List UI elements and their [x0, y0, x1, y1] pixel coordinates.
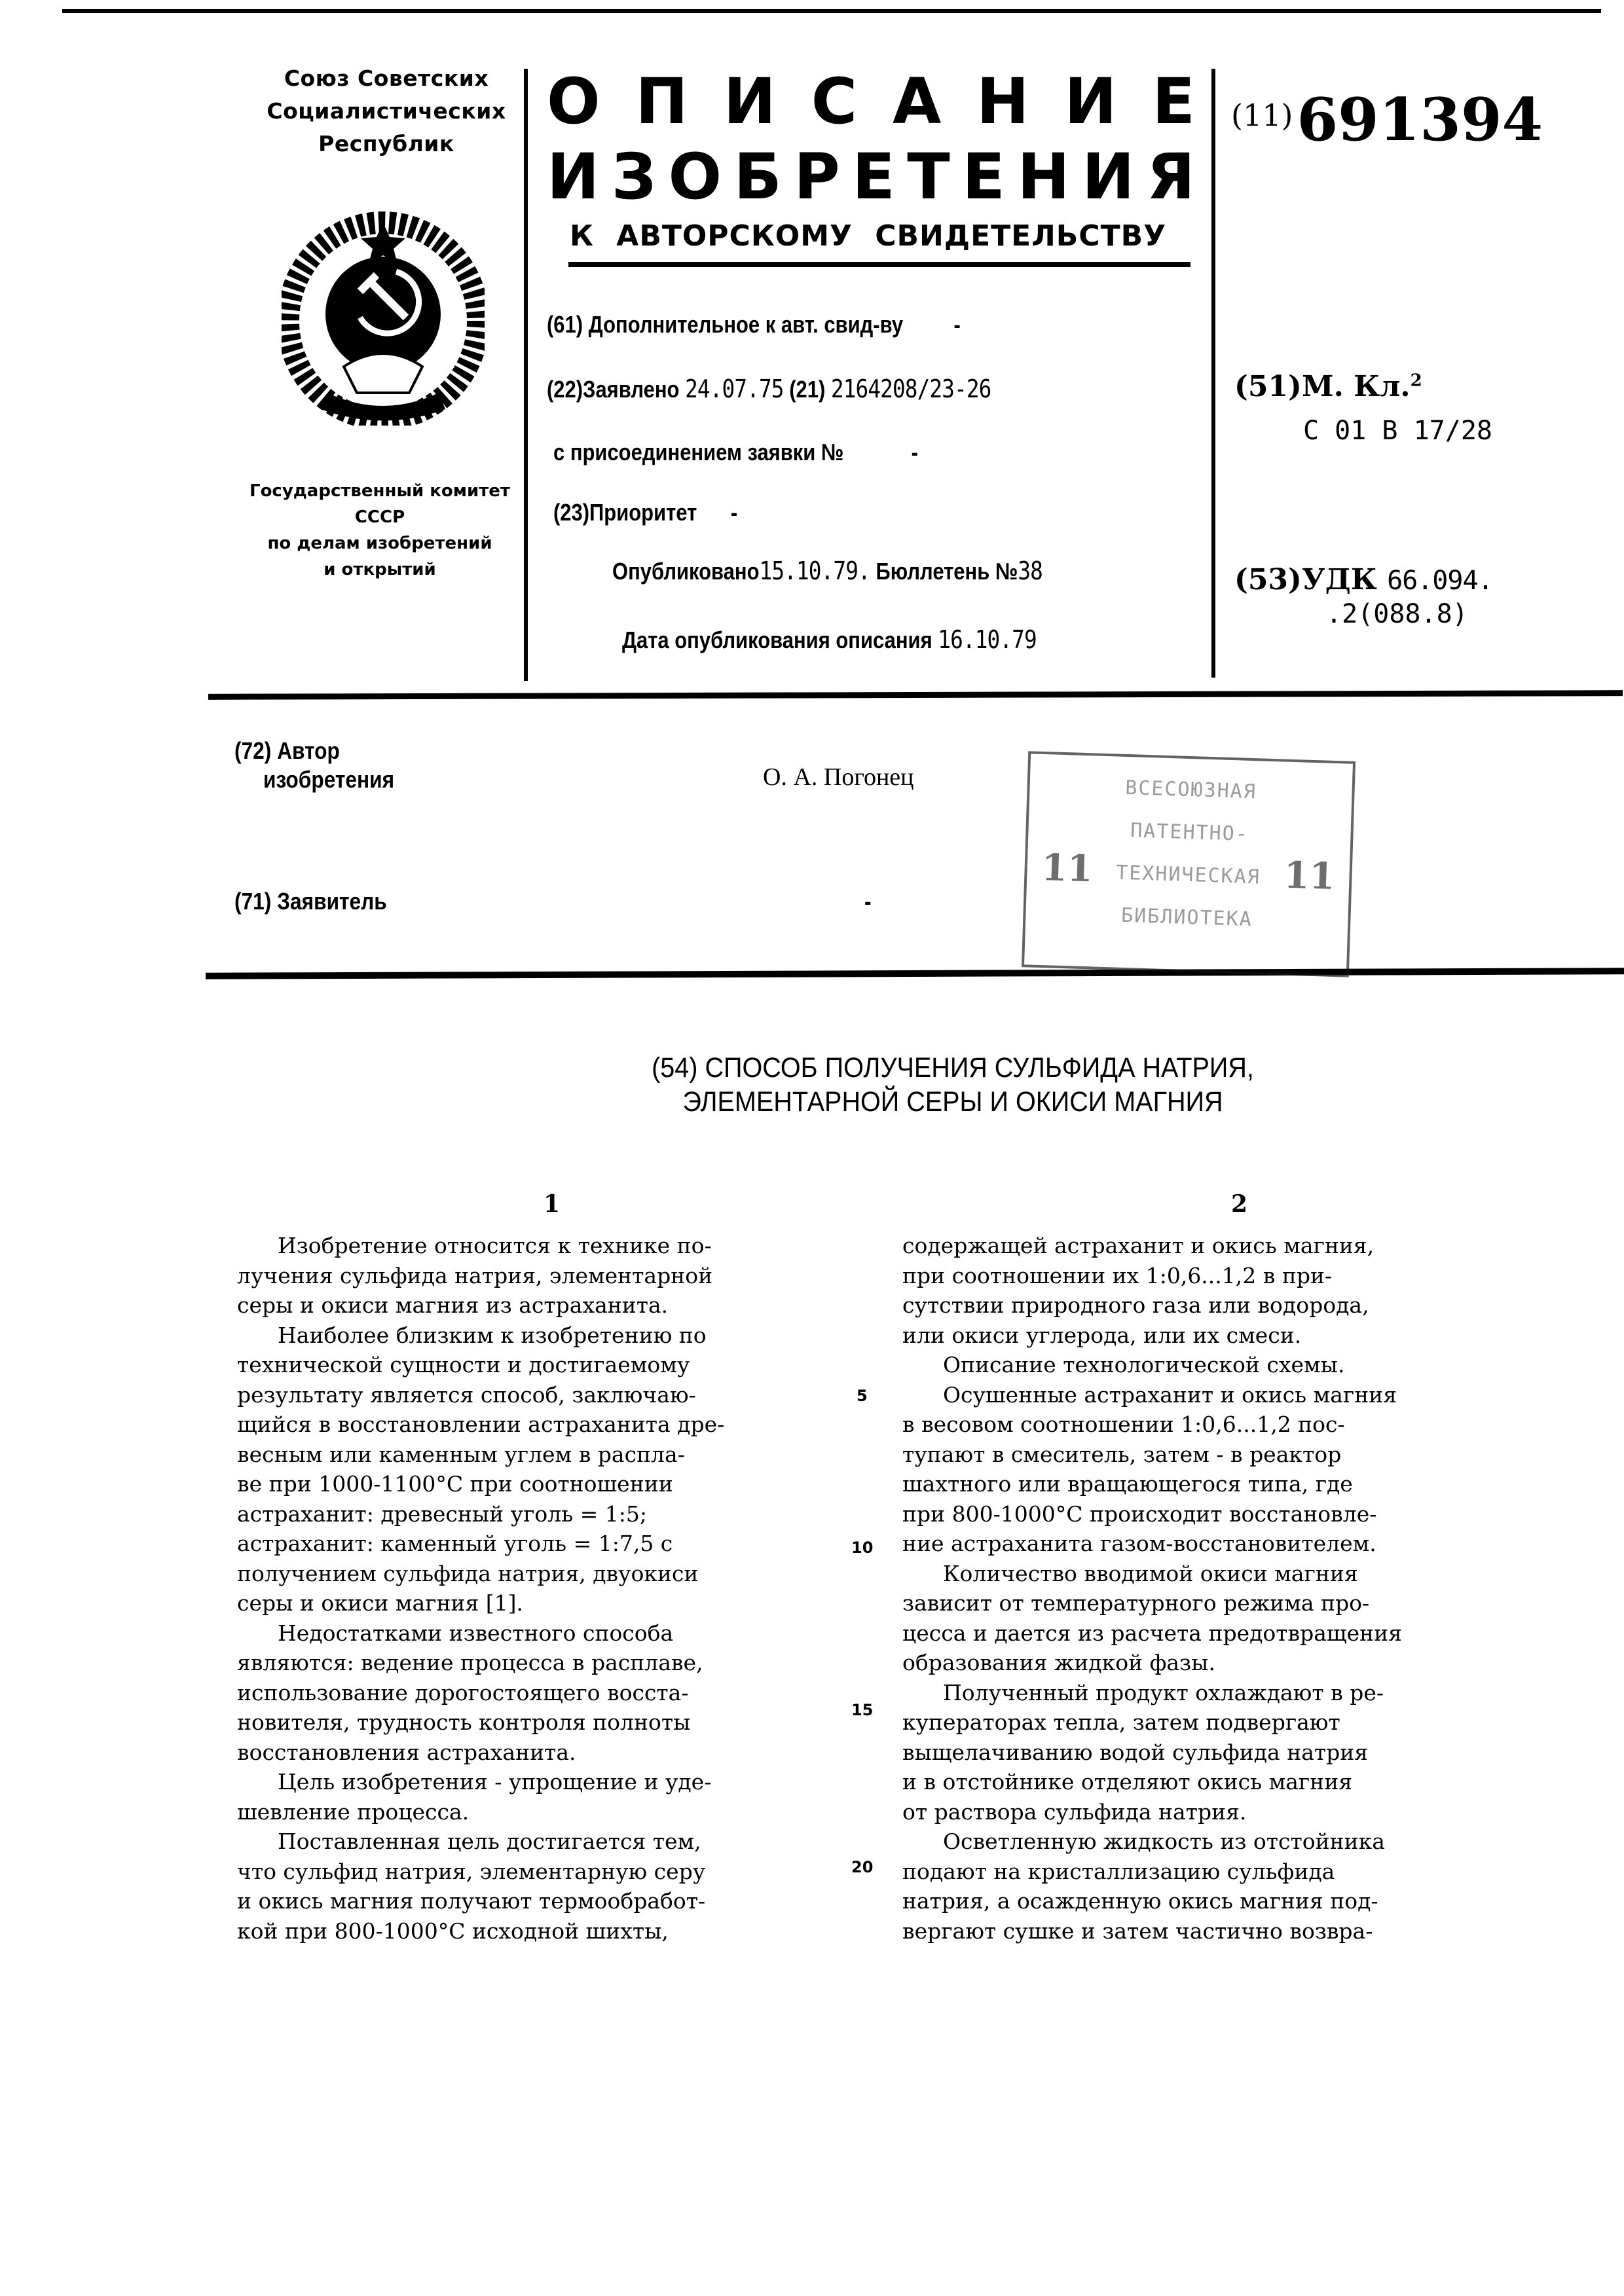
body-line: вергают сушке и затем частично возвра- — [902, 1916, 1531, 1946]
field-72-label: (72) Автор изобретения — [234, 737, 394, 794]
body-line: использование дорогостоящего восста- — [237, 1678, 859, 1708]
committee-line: Государственный комитет — [242, 478, 517, 504]
published-value: 15.10.79. — [760, 556, 870, 585]
field-21-value: 2164208/23-26 — [831, 374, 991, 403]
body-line: Поставленная цель достигается тем, — [237, 1827, 859, 1857]
issuer-line: Республик — [236, 128, 537, 160]
ussr-coat-of-arms-icon — [282, 210, 485, 426]
bulletin-value: 38 — [1018, 556, 1043, 585]
body-line: натрия, а осажденную окись магния под- — [902, 1886, 1531, 1916]
body-line: серы и окиси магния [1]. — [237, 1588, 859, 1618]
body-line: являются: ведение процесса в расплаве, — [237, 1648, 859, 1678]
body-line: от раствора сульфида натрия. — [902, 1797, 1531, 1827]
title-letter: О — [669, 144, 722, 210]
body-line: новителя, трудность контроля полноты — [237, 1707, 859, 1738]
doc-title-line1: ОПИСАНИЕ — [547, 69, 1195, 134]
body-line: астраханит: каменный уголь = 1:7,5 с — [237, 1529, 859, 1559]
body-line: в весовом соотношении 1:0,6...1,2 пос- — [902, 1410, 1531, 1440]
body-line: получением сульфида натрия, двуокиси — [237, 1559, 859, 1589]
field-72-label-line2: изобретения — [234, 765, 394, 794]
line-number: 10 — [851, 1539, 873, 1557]
body-line: или окиси углерода, или их смеси. — [902, 1321, 1531, 1351]
body-line: что сульфид натрия, элементарную серу — [237, 1857, 859, 1887]
doc-title-line2: ИЗОБРЕТЕНИЯ — [547, 144, 1195, 210]
field-23-label: (23)Приоритет — [553, 499, 697, 526]
stamp-mark-left: 11 — [1041, 846, 1094, 890]
body-line: ние астраханита газом-восстановителем. — [902, 1529, 1531, 1559]
patent-number: (11)691394 — [1231, 85, 1543, 155]
column-number-1: 1 — [544, 1190, 560, 1218]
invention-title: (54) СПОСОБ ПОЛУЧЕНИЯ СУЛЬФИДА НАТРИЯ, Э… — [576, 1051, 1329, 1119]
line-number: 15 — [851, 1701, 873, 1719]
field-22-label: (22)Заявлено — [547, 376, 679, 403]
committee-name: Государственный комитет СССР по делам из… — [242, 478, 517, 583]
udc-value-2: .2(088.8) — [1326, 599, 1468, 629]
body-line: цесса и дается из расчета предотвращения — [902, 1618, 1531, 1649]
description-date-value: 16.10.79 — [938, 625, 1037, 654]
line-number: 5 — [857, 1387, 868, 1405]
field-53-label: (53)УДК — [1234, 563, 1377, 596]
title-letter: О — [547, 69, 600, 134]
masthead-divider-right — [1211, 69, 1215, 678]
body-column-1: Изобретение относится к технике по-лучен… — [237, 1231, 859, 1946]
body-line: ве при 1000-1100°С при соотношении — [237, 1469, 859, 1499]
field-attachment: с присоединением заявки №- — [553, 439, 918, 466]
body-line: зависит от температурного режима про- — [902, 1588, 1531, 1618]
body-line: Недостатками известного способа — [237, 1618, 859, 1649]
body-line: астраханит: древесный уголь = 1:5; — [237, 1499, 859, 1529]
title-letter: И — [1082, 144, 1134, 210]
stamp-line: ВСЕСОЮЗНАЯ — [1029, 773, 1352, 806]
body-line: образования жидкой фазы. — [902, 1648, 1531, 1678]
body-line: шевление процесса. — [237, 1797, 859, 1827]
stamp-line: ПАТЕНТНО- — [1028, 816, 1351, 848]
field-61-value: - — [953, 311, 960, 338]
body-line: Полученный продукт охлаждают в ре- — [902, 1678, 1531, 1708]
title-letter: И — [724, 69, 776, 134]
title-letter: Е — [1152, 69, 1195, 134]
title-letter: Я — [1147, 144, 1195, 210]
field-21-label: (21) — [789, 376, 825, 403]
author-name: О. А. Погонец — [763, 763, 914, 792]
field-61-label: (61) Дополнительное к авт. свид-ву — [547, 311, 903, 338]
field-attachment-label: с присоединением заявки № — [553, 439, 843, 465]
title-letter: А — [893, 69, 941, 134]
description-date-label: Дата опубликования описания — [622, 627, 932, 653]
invention-title-line1: (54) СПОСОБ ПОЛУЧЕНИЯ СУЛЬФИДА НАТРИЯ, — [576, 1051, 1329, 1085]
body-line: технической сущности и достигаемому — [237, 1350, 859, 1380]
title-letter: С — [811, 69, 857, 134]
body-line: лучения сульфида натрия, элементарной — [237, 1261, 859, 1291]
bulletin-label: Бюллетень № — [876, 558, 1018, 585]
field-71-value: - — [864, 887, 872, 916]
field-23: (23)Приоритет- — [553, 499, 737, 526]
udc-value-1: 66.094. — [1387, 566, 1493, 596]
body-line: результату является способ, заключаю- — [237, 1380, 859, 1410]
body-line: серы и окиси магния из астраханита. — [237, 1290, 859, 1321]
body-line: Осушенные астраханит и окись магния — [902, 1380, 1531, 1410]
published-label: Опубликовано — [612, 558, 760, 585]
field-51-edition: 2 — [1411, 371, 1422, 390]
stamp-line: БИБЛИОТЕКА — [1025, 901, 1348, 934]
line-number: 20 — [851, 1858, 873, 1876]
body-line: и в отстойнике отделяют окись магния — [902, 1767, 1531, 1797]
body-line: и окись магния получают термообработ- — [237, 1886, 859, 1916]
body-line: сутствии природного газа или водорода, — [902, 1290, 1531, 1321]
field-22-value: 24.07.75 — [685, 374, 784, 403]
body-column-2: содержащей астраханит и окись магния,при… — [902, 1231, 1531, 1946]
body-line: Цель изобретения - упрощение и уде- — [237, 1767, 859, 1797]
body-line: при соотношении их 1:0,6...1,2 в при- — [902, 1261, 1531, 1291]
body-line: весным или каменным углем в распла- — [237, 1440, 859, 1470]
body-line: Описание технологической схемы. — [902, 1350, 1531, 1380]
body-line: кой при 800-1000°С исходной шихты, — [237, 1916, 859, 1946]
title-letter: П — [635, 69, 688, 134]
body-line: выщелачиванию водой сульфида натрия — [902, 1738, 1531, 1768]
committee-line: по делам изобретений — [242, 530, 517, 556]
body-line: щийся в восстановлении астраханита дре- — [237, 1410, 859, 1440]
body-line: Количество вводимой окиси магния — [902, 1559, 1531, 1589]
title-letter: Р — [794, 144, 840, 210]
library-stamp: ВСЕСОЮЗНАЯ ПАТЕНТНО- ТЕХНИЧЕСКАЯ БИБЛИОТ… — [1022, 751, 1356, 977]
body-line: подают на кристаллизацию сульфида — [902, 1857, 1531, 1887]
field-72-label-line1: (72) Автор — [234, 737, 394, 765]
body-line: тупают в смеситель, затем - в реактор — [902, 1440, 1531, 1470]
stamp-mark-right: 11 — [1283, 854, 1336, 898]
body-line: восстановления астраханита. — [237, 1738, 859, 1768]
field-published: Опубликовано15.10.79. Бюллетень №38 — [612, 556, 1043, 585]
committee-line: СССР — [242, 504, 517, 530]
field-71-label: (71) Заявитель — [234, 887, 387, 916]
committee-line: и открытий — [242, 556, 517, 583]
masthead-bottom-rule — [208, 690, 1623, 700]
body-line: содержащей астраханит и окись магния, — [902, 1231, 1531, 1261]
masthead-divider-left — [524, 69, 528, 681]
field-22-21: (22)Заявлено 24.07.75 (21) 2164208/23-26 — [547, 374, 991, 403]
inid-code-11: (11) — [1231, 98, 1293, 133]
title-letter: Н — [976, 69, 1029, 134]
parties-bottom-rule — [206, 968, 1624, 979]
body-line: куператорах тепла, затем подвергают — [902, 1707, 1531, 1738]
column-number-2: 2 — [1231, 1190, 1247, 1218]
field-51: (51)М. Кл.2 — [1234, 370, 1422, 403]
title-letter: З — [612, 144, 656, 210]
field-61: (61) Дополнительное к авт. свид-ву- — [547, 311, 961, 338]
field-53: (53)УДК 66.094. — [1234, 563, 1493, 596]
field-23-value: - — [731, 499, 737, 526]
field-51-label: (51)М. Кл. — [1234, 370, 1411, 403]
invention-title-line2: ЭЛЕМЕНТАРНОЙ СЕРЫ И ОКИСИ МАГНИЯ — [576, 1085, 1329, 1119]
body-line: Изобретение относится к технике по- — [237, 1231, 859, 1261]
ipc-class: C 01 B 17/28 — [1303, 416, 1492, 446]
title-letter: И — [547, 144, 599, 210]
patent-number-value: 691394 — [1297, 85, 1543, 155]
field-description-date: Дата опубликования описания 16.10.79 — [622, 625, 1037, 654]
subtitle-rule — [568, 262, 1190, 267]
title-letter: Н — [1017, 144, 1069, 210]
issuer-name: Союз Советских Социалистических Республи… — [236, 62, 537, 160]
field-attachment-value: - — [912, 439, 918, 466]
title-letter: Е — [852, 144, 895, 210]
issuer-line: Союз Советских — [236, 62, 537, 95]
body-line: при 800-1000°С происходит восстановле- — [902, 1499, 1531, 1529]
top-rule — [62, 9, 1601, 13]
body-line: Наиболее близким к изобретению по — [237, 1321, 859, 1351]
title-letter: Е — [962, 144, 1005, 210]
title-letter: Б — [734, 144, 782, 210]
issuer-line: Социалистических — [236, 95, 537, 128]
title-letter: Т — [907, 144, 950, 210]
title-letter: И — [1064, 69, 1116, 134]
body-line: Осветленную жидкость из отстойника — [902, 1827, 1531, 1857]
doc-subtitle: К АВТОРСКОМУ СВИДЕТЕЛЬСТВУ — [570, 219, 1166, 253]
body-line: шахтного или вращающегося типа, где — [902, 1469, 1531, 1499]
